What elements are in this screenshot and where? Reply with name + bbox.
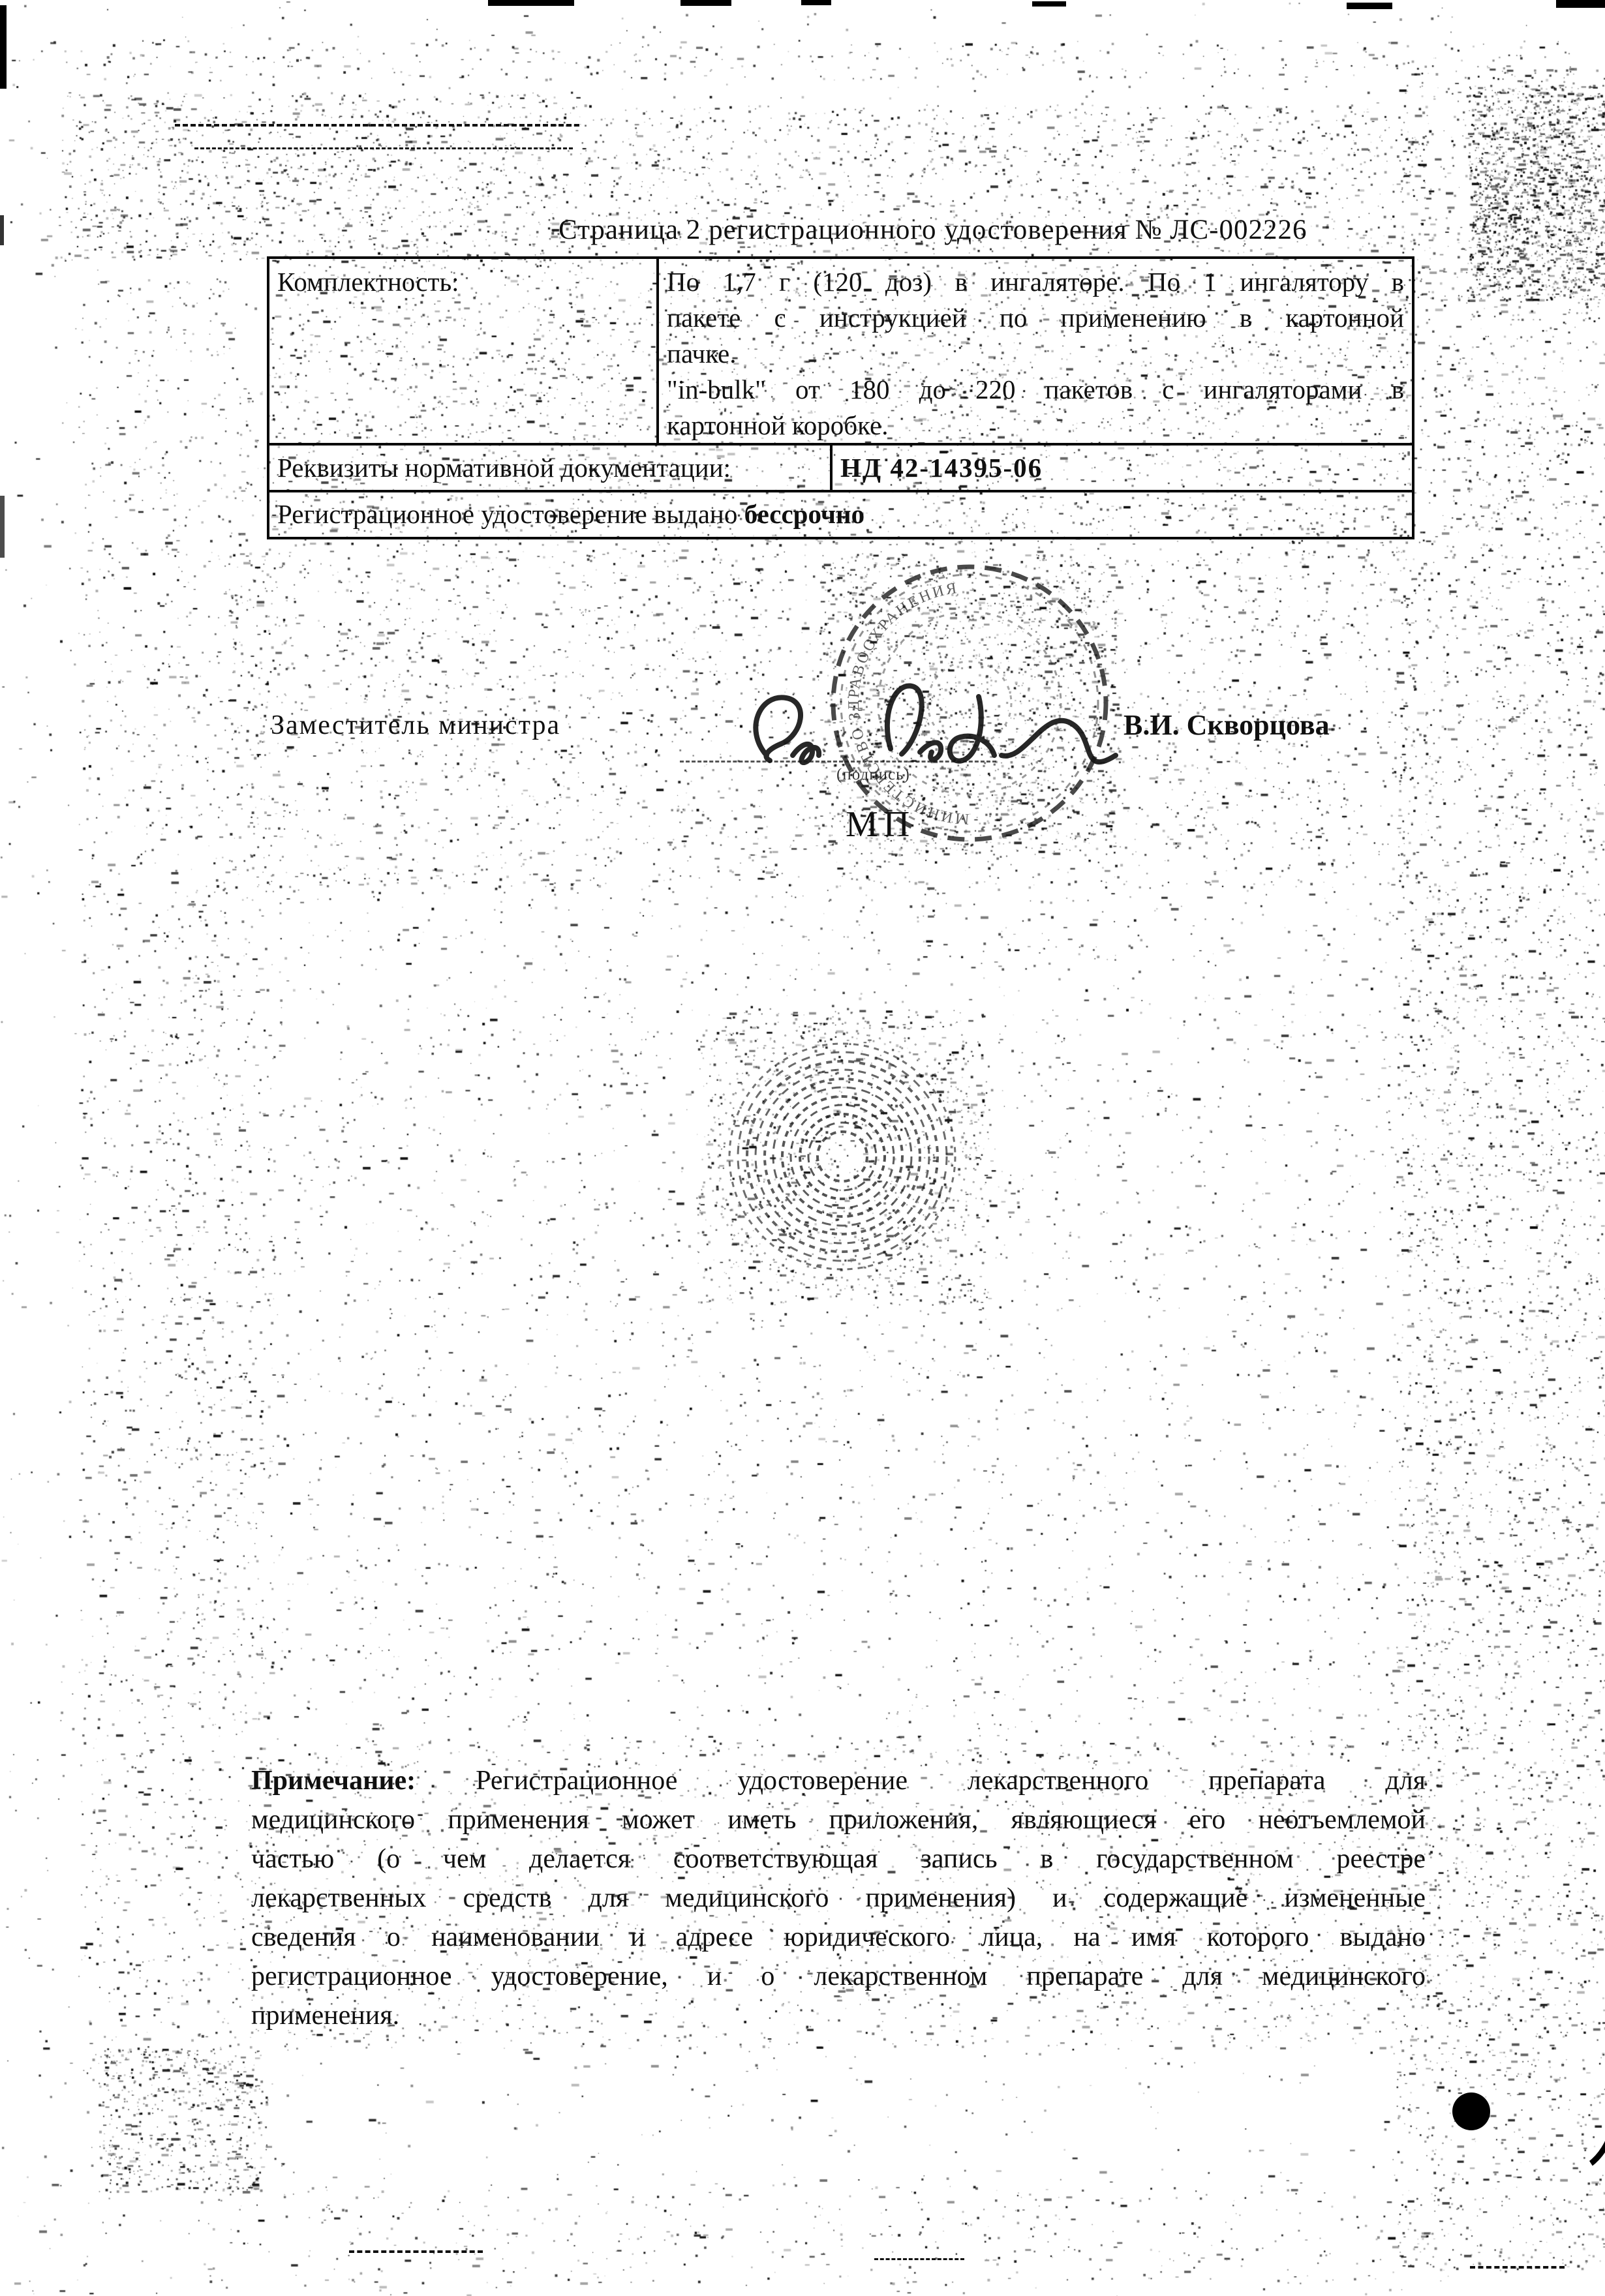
row1-label: Комплектность: bbox=[269, 259, 659, 443]
scan-artifact bbox=[0, 215, 4, 245]
note-line: применения. bbox=[251, 1996, 1426, 2035]
note-line: медицинского применения может иметь прил… bbox=[251, 1800, 1426, 1839]
signer-title: Заместитель министра bbox=[271, 710, 560, 741]
row1-value-line: пакете с инструкцией по применению в кар… bbox=[667, 300, 1404, 336]
page-title: Страница 2 регистрационного удостоверени… bbox=[558, 214, 1307, 246]
signer-name: В.И. Скворцова bbox=[1123, 708, 1330, 742]
scan-artifact bbox=[488, 0, 574, 6]
ink-blot bbox=[1452, 2092, 1490, 2130]
scanned-document-page: Страница 2 регистрационного удостоверени… bbox=[0, 0, 1605, 2296]
note-paragraph: Примечание: Регистрационное удостоверени… bbox=[251, 1761, 1426, 2035]
row1-value: По 1,7 г (120 доз) в ингаляторе. По 1 ин… bbox=[659, 259, 1412, 443]
table-row: Регистрационное удостоверение выдано бес… bbox=[269, 492, 1412, 537]
row1-value-line: "in-bulk" от 180 до 220 пакетов с ингаля… bbox=[667, 372, 1404, 408]
scan-artifact bbox=[874, 2258, 964, 2260]
scan-artifact bbox=[1470, 2266, 1565, 2269]
note-line: сведения о наименовании и адресе юридиче… bbox=[251, 1918, 1426, 1957]
concentric-rings-watermark bbox=[695, 1010, 989, 1303]
scan-artifact bbox=[349, 2250, 483, 2253]
note-line: Примечание: Регистрационное удостоверени… bbox=[251, 1761, 1426, 1800]
signature-caption: (подпись) bbox=[836, 766, 910, 784]
scan-artifact bbox=[0, 5, 7, 89]
row3-text: Регистрационное удостоверение выдано бес… bbox=[269, 492, 1412, 537]
row2-value: НД 42-14395-06 bbox=[833, 446, 1412, 490]
scan-artifact bbox=[1516, 2046, 1605, 2184]
scan-artifact bbox=[1347, 3, 1392, 9]
seal-place-mark: МП bbox=[846, 804, 915, 845]
handwritten-signature bbox=[705, 657, 1161, 814]
row3-text-normal: Регистрационное удостоверение выдано bbox=[277, 499, 737, 529]
row2-label: Реквизиты нормативной документации: bbox=[269, 446, 833, 490]
note-line-text: Регистрационное удостоверение лекарствен… bbox=[476, 1766, 1426, 1796]
scan-artifact bbox=[680, 0, 731, 6]
table-row: Комплектность: По 1,7 г (120 доз) в инга… bbox=[269, 259, 1412, 446]
scan-artifact bbox=[0, 496, 5, 558]
table-row: Реквизиты нормативной документации: НД 4… bbox=[269, 446, 1412, 492]
row3-text-bold: бессрочно bbox=[744, 499, 865, 529]
row1-value-line: пачке. bbox=[667, 336, 1404, 372]
certificate-table: Комплектность: По 1,7 г (120 доз) в инга… bbox=[267, 256, 1414, 539]
scan-artifact bbox=[801, 0, 831, 5]
note-line: регистрационное удостоверение, и о лекар… bbox=[251, 1957, 1426, 1996]
note-label: Примечание: bbox=[251, 1766, 416, 1796]
note-line: лекарственных средств для медицинского п… bbox=[251, 1879, 1426, 1918]
note-line: частью (о чем делается соответствующая з… bbox=[251, 1839, 1426, 1879]
row1-value-line: По 1,7 г (120 доз) в ингаляторе. По 1 ин… bbox=[667, 264, 1404, 300]
scan-artifact bbox=[1556, 0, 1605, 8]
row1-value-line: картонной коробке. bbox=[667, 408, 1404, 444]
scan-artifact bbox=[175, 124, 579, 127]
scan-artifact bbox=[194, 147, 573, 149]
scan-artifact bbox=[1032, 1, 1066, 7]
